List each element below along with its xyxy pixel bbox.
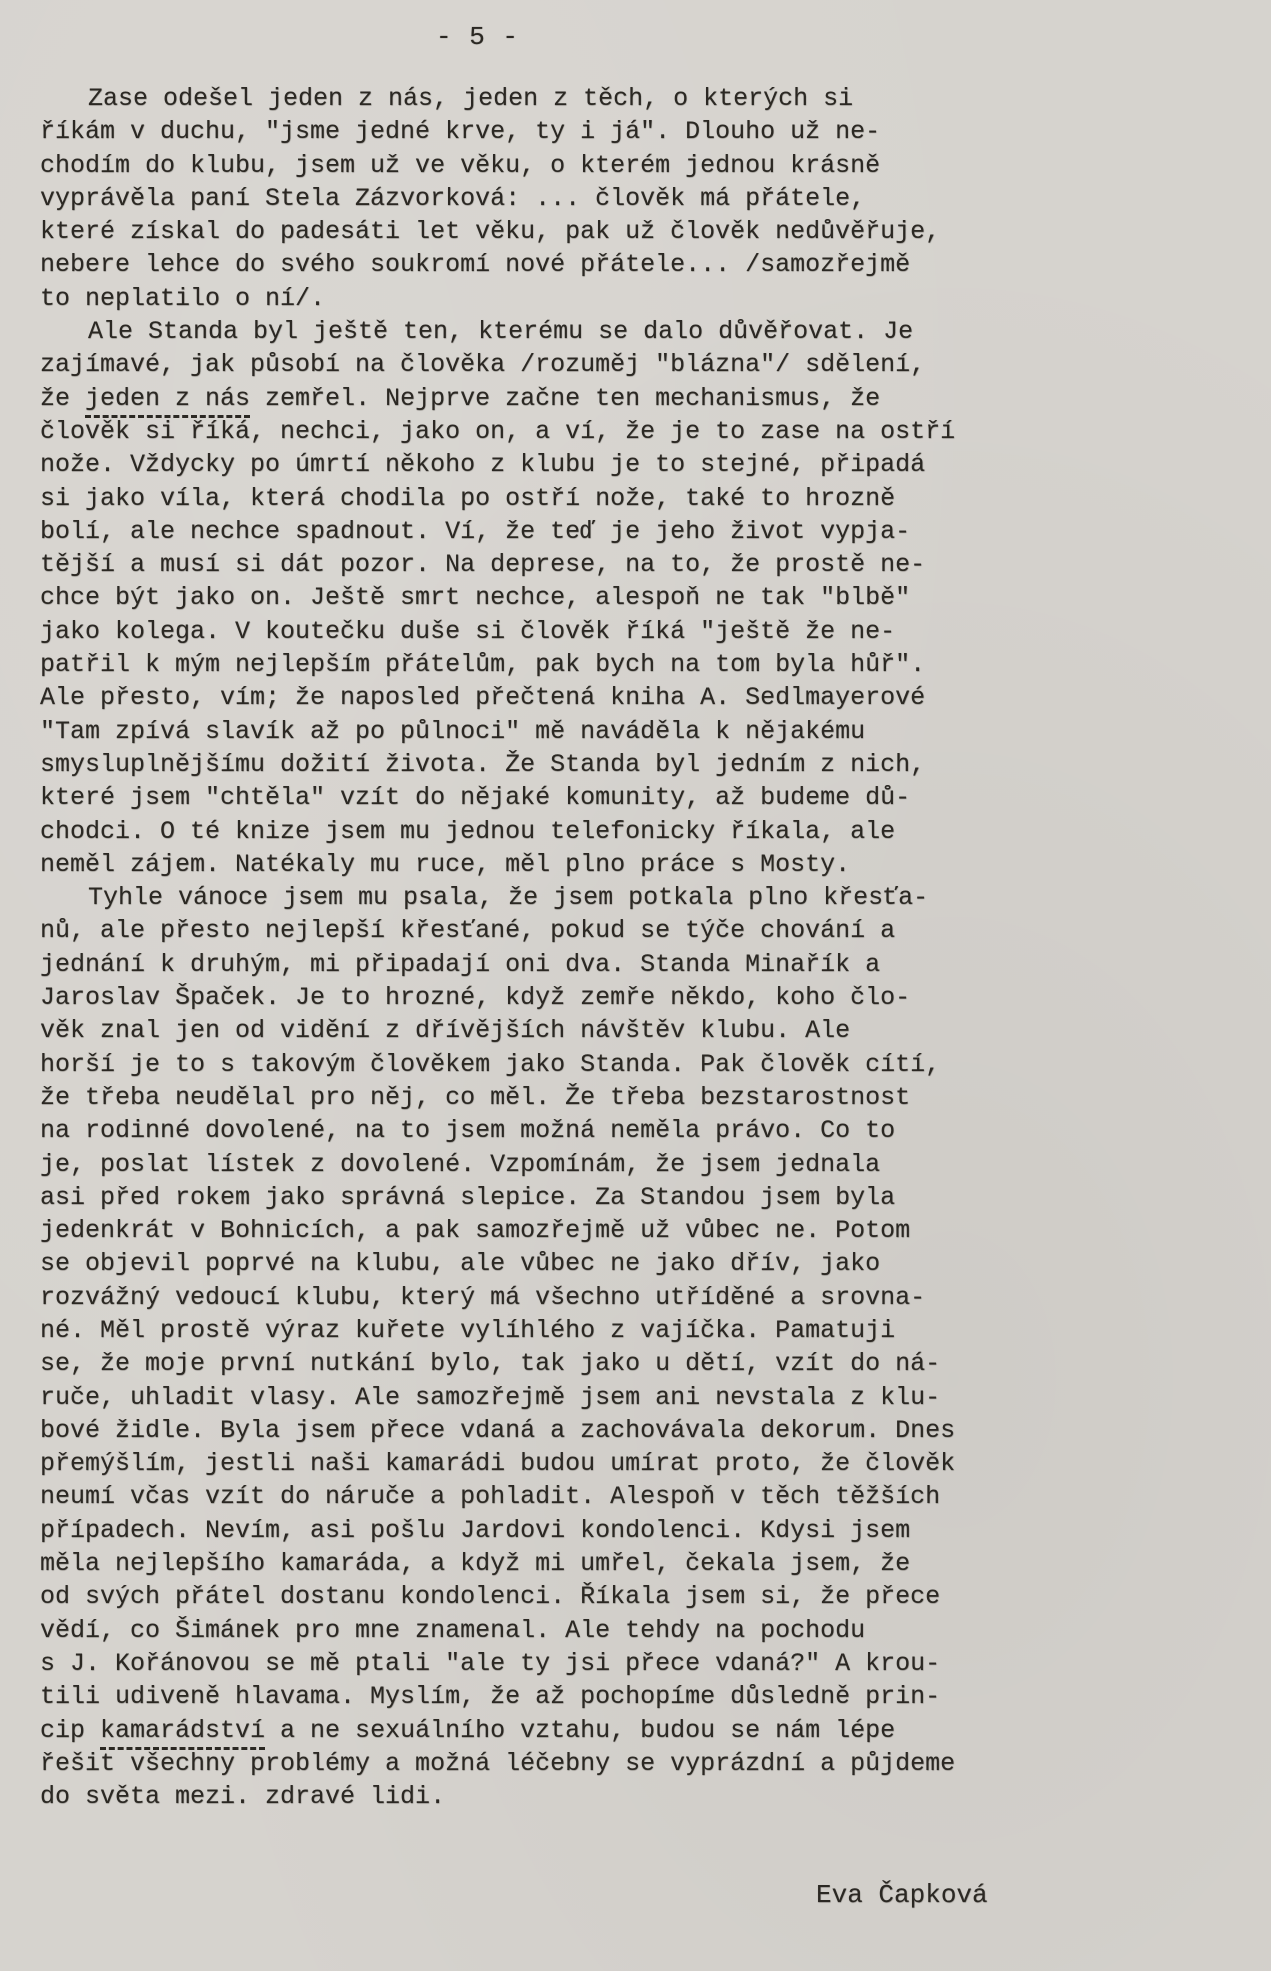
text-line: tili udiveně hlavama. Myslím, že až poch… bbox=[40, 1680, 1040, 1713]
text-line: nů, ale přesto nejlepší křesťané, pokud … bbox=[40, 914, 1040, 947]
text-line: to neplatilo o ní/. bbox=[40, 282, 1040, 315]
text-line: věk znal jen od vidění z dřívějších návš… bbox=[40, 1014, 1040, 1047]
text-line: nože. Vždycky po úmrtí někoho z klubu je… bbox=[40, 448, 1040, 481]
text-line: které jsem "chtěla" vzít do nějaké komun… bbox=[40, 781, 1040, 814]
text-line: chodci. O té knize jsem mu jednou telefo… bbox=[40, 815, 1040, 848]
text-line: bolí, ale nechce spadnout. Ví, že teď je… bbox=[40, 515, 1040, 548]
text-segment: zemřel. Nejprve začne ten mechanismus, ž… bbox=[250, 384, 880, 413]
text-line: řešit všechny problémy a možná léčebny s… bbox=[40, 1747, 1040, 1780]
text-line: se objevil poprvé na klubu, ale vůbec ne… bbox=[40, 1247, 1040, 1280]
text-line: Tyhle vánoce jsem mu psala, že jsem potk… bbox=[40, 881, 1040, 914]
text-line: neměl zájem. Natékaly mu ruce, měl plno … bbox=[40, 848, 1040, 881]
text-line: nebere lehce do svého soukromí nové přát… bbox=[40, 248, 1040, 281]
text-line: smysluplnějšímu dožití života. Že Standa… bbox=[40, 748, 1040, 781]
text-line: že třeba neudělal pro něj, co měl. Že tř… bbox=[40, 1081, 1040, 1114]
text-line: chce být jako on. Ještě smrt nechce, ale… bbox=[40, 581, 1040, 614]
underlined-phrase: kamarádství bbox=[100, 1716, 265, 1750]
text-line: cip kamarádství a ne sexuálního vztahu, … bbox=[40, 1714, 1040, 1747]
text-line: se, že moje první nutkání bylo, tak jako… bbox=[40, 1347, 1040, 1380]
text-line: od svých přátel dostanu kondolenci. Říka… bbox=[40, 1580, 1040, 1613]
text-line: neumí včas vzít do náruče a pohladit. Al… bbox=[40, 1480, 1040, 1513]
text-line: rozvážný vedoucí klubu, který má všechno… bbox=[40, 1281, 1040, 1314]
text-line: měla nejlepšího kamaráda, a když mi umře… bbox=[40, 1547, 1040, 1580]
text-line: Zase odešel jeden z nás, jeden z těch, o… bbox=[40, 82, 1040, 115]
text-line: patřil k mým nejlepším přátelům, pak byc… bbox=[40, 648, 1040, 681]
text-line: přemýšlím, jestli naši kamarádi budou um… bbox=[40, 1447, 1040, 1480]
text-line: že jeden z nás zemřel. Nejprve začne ten… bbox=[40, 382, 1040, 415]
text-line: Jaroslav Špaček. Je to hrozné, když zemř… bbox=[40, 981, 1040, 1014]
paragraph: Ale Standa byl ještě ten, kterému se dal… bbox=[40, 315, 1040, 881]
text-line: s J. Kořánovou se mě ptali "ale ty jsi p… bbox=[40, 1647, 1040, 1680]
paragraph: Zase odešel jeden z nás, jeden z těch, o… bbox=[40, 82, 1040, 315]
text-line: člověk si říká, nechci, jako on, a ví, ž… bbox=[40, 415, 1040, 448]
text-line: vědí, co Šimánek pro mne znamenal. Ale t… bbox=[40, 1614, 1040, 1647]
underlined-phrase: jeden z nás bbox=[85, 384, 250, 418]
text-line: případech. Nevím, asi pošlu Jardovi kond… bbox=[40, 1514, 1040, 1547]
typewritten-page: - 5 - Zase odešel jeden z nás, jeden z t… bbox=[0, 0, 1271, 1971]
text-segment: a ne sexuálního vztahu, budou se nám lép… bbox=[265, 1716, 895, 1745]
text-line: Ale přesto, vím; že naposled přečtená kn… bbox=[40, 681, 1040, 714]
text-line: které získal do padesáti let věku, pak u… bbox=[40, 215, 1040, 248]
signature: Eva Čapková bbox=[816, 1880, 988, 1910]
text-line: si jako víla, která chodila po ostří nož… bbox=[40, 482, 1040, 515]
page-number: - 5 - bbox=[436, 22, 519, 52]
text-line: říkám v duchu, "jsme jedné krve, ty i já… bbox=[40, 115, 1040, 148]
text-line: asi před rokem jako správná slepice. Za … bbox=[40, 1181, 1040, 1214]
text-segment: cip bbox=[40, 1716, 100, 1745]
text-line: horší je to s takovým člověkem jako Stan… bbox=[40, 1048, 1040, 1081]
text-line: jako kolega. V koutečku duše si člověk ř… bbox=[40, 615, 1040, 648]
text-line: zajímavé, jak působí na člověka /rozuměj… bbox=[40, 348, 1040, 381]
paragraph: Tyhle vánoce jsem mu psala, že jsem potk… bbox=[40, 881, 1040, 1813]
document-body: Zase odešel jeden z nás, jeden z těch, o… bbox=[40, 82, 1040, 1813]
text-line: vyprávěla paní Stela Zázvorková: ... člo… bbox=[40, 182, 1040, 215]
text-line: "Tam zpívá slavík až po půlnoci" mě navá… bbox=[40, 715, 1040, 748]
text-line: jedenkrát v Bohnicích, a pak samozřejmě … bbox=[40, 1214, 1040, 1247]
text-line: do světa mezi. zdravé lidi. bbox=[40, 1780, 1040, 1813]
text-segment: že bbox=[40, 384, 85, 413]
text-line: chodím do klubu, jsem už ve věku, o kter… bbox=[40, 149, 1040, 182]
text-line: Ale Standa byl ještě ten, kterému se dal… bbox=[40, 315, 1040, 348]
text-line: né. Měl prostě výraz kuřete vylíhlého z … bbox=[40, 1314, 1040, 1347]
text-line: bové židle. Byla jsem přece vdaná a zach… bbox=[40, 1414, 1040, 1447]
text-line: na rodinné dovolené, na to jsem možná ne… bbox=[40, 1114, 1040, 1147]
text-line: jednání k druhým, mi připadají oni dva. … bbox=[40, 948, 1040, 981]
text-line: ruče, uhladit vlasy. Ale samozřejmě jsem… bbox=[40, 1381, 1040, 1414]
text-line: tější a musí si dát pozor. Na deprese, n… bbox=[40, 548, 1040, 581]
text-line: je, poslat lístek z dovolené. Vzpomínám,… bbox=[40, 1148, 1040, 1181]
